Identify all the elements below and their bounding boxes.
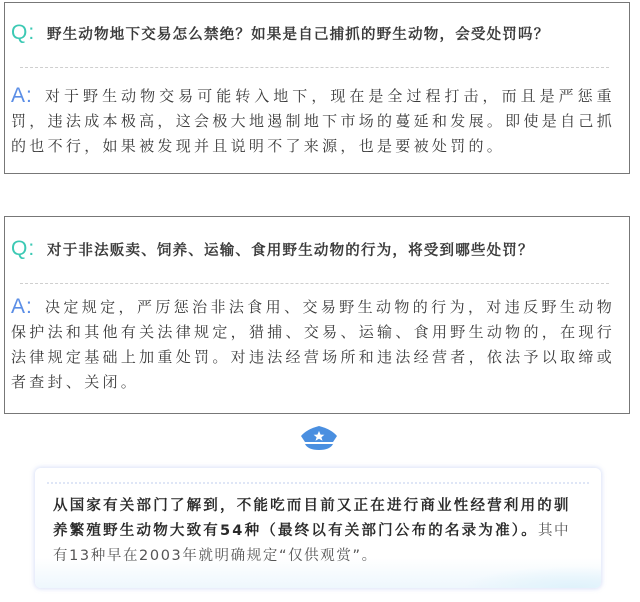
police-cap-icon bbox=[299, 425, 339, 451]
qa-card-1: Q: 野生动物地下交易怎么禁绝？如果是自己捕抓的野生动物，会受处罚吗？ A: 对… bbox=[4, 2, 630, 174]
a-label: A: bbox=[11, 295, 33, 319]
qa-card-2: Q: 对于非法贩卖、饲养、运输、食用野生动物的行为，将受到哪些处罚？ A: 决定… bbox=[4, 216, 630, 414]
answer-row: A: 对于野生动物交易可能转入地下，现在是全过程打击，而且是严惩重罚，违法成本极… bbox=[11, 84, 615, 159]
wave-decoration bbox=[461, 566, 601, 588]
question-text: 野生动物地下交易怎么禁绝？如果是自己捕抓的野生动物，会受处罚吗？ bbox=[47, 23, 549, 44]
dashed-divider bbox=[20, 67, 609, 68]
q-label: Q: bbox=[11, 237, 47, 261]
answer-text: 决定规定，严厉惩治非法食用、交易野生动物的行为，对违反野生动物保护法和其他有关法… bbox=[11, 295, 615, 395]
answer-text: 对于野生动物交易可能转入地下，现在是全过程打击，而且是严惩重罚，违法成本极高，这… bbox=[11, 84, 615, 159]
question-row: Q: 对于非法贩卖、饲养、运输、食用野生动物的行为，将受到哪些处罚？ bbox=[11, 237, 617, 261]
question-row: Q: 野生动物地下交易怎么禁绝？如果是自己捕抓的野生动物，会受处罚吗？ bbox=[11, 21, 617, 45]
a-label: A: bbox=[11, 84, 33, 108]
answer-row: A: 决定规定，严厉惩治非法食用、交易野生动物的行为，对违反野生动物保护法和其他… bbox=[11, 295, 615, 395]
note-bold-text: 从国家有关部门了解到，不能吃而目前又正在进行商业性经营利用的驯养繁殖野生动物大致… bbox=[53, 498, 571, 539]
note-card: 从国家有关部门了解到，不能吃而目前又正在进行商业性经营利用的驯养繁殖野生动物大致… bbox=[35, 468, 601, 588]
question-text: 对于非法贩卖、饲养、运输、食用野生动物的行为，将受到哪些处罚？ bbox=[47, 239, 534, 260]
q-label: Q: bbox=[11, 21, 47, 45]
dotted-divider bbox=[47, 482, 589, 484]
note-paragraph: 从国家有关部门了解到，不能吃而目前又正在进行商业性经营利用的驯养繁殖野生动物大致… bbox=[53, 494, 583, 569]
dashed-divider bbox=[20, 283, 609, 284]
